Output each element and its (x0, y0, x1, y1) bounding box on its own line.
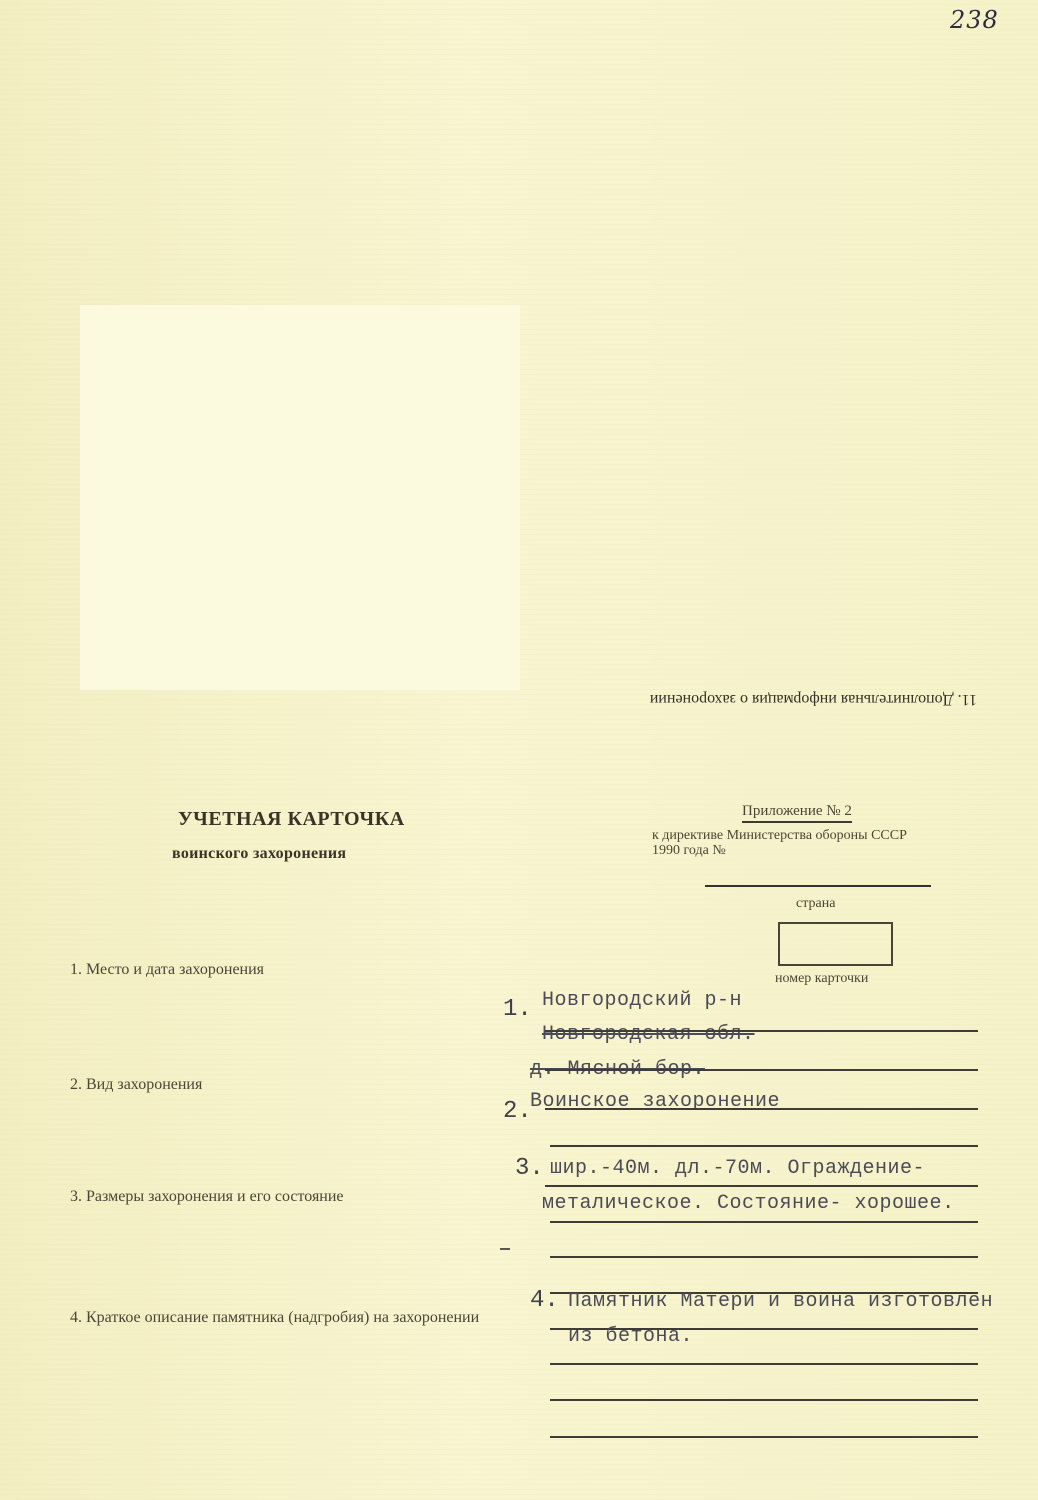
field-4-rule-3[interactable] (550, 1399, 978, 1401)
field-1-value-line-2[interactable]: Новгородская обл. (542, 1023, 755, 1046)
field-1-value-line-1[interactable]: Новгородский р-н (542, 989, 742, 1012)
field-4-value-line-2[interactable]: из бетона. (568, 1325, 693, 1348)
field-3-rule-3[interactable] (550, 1256, 978, 1258)
field-3-rule-1 (545, 1185, 978, 1187)
appendix-reference: к директиве Министерства обороны СССР 19… (652, 828, 907, 858)
page-number: 238 (950, 6, 999, 34)
appendix-title: Приложение № 2 (742, 803, 852, 823)
field-3-label: 3. Размеры захоронения и его состояние (70, 1187, 344, 1207)
field-2-label: 2. Вид захоронения (70, 1075, 202, 1095)
field-4-label-text: 4. Краткое описание памятника (надгробия… (70, 1308, 510, 1328)
country-field[interactable] (705, 885, 931, 887)
additional-info-label-upside-down: 11. Дополнительная информация о захороне… (552, 690, 977, 708)
field-1-label: 1. Место и дата захоронения (70, 960, 264, 980)
field-3-rule-2 (550, 1221, 978, 1223)
blank-photo-area (80, 305, 520, 690)
field-2-rule-1 (545, 1108, 978, 1110)
appendix-line-1: к директиве Министерства обороны СССР (652, 828, 907, 843)
field-3-number: 3. (515, 1155, 544, 1182)
appendix-line-2: 1990 года № (652, 843, 907, 858)
field-1-rule-2 (545, 1069, 978, 1071)
card-number-label: номер карточки (775, 971, 868, 987)
field-4-number: 4. (530, 1287, 559, 1314)
card-subtitle: воинского захоронения (172, 845, 346, 863)
card-title: УЧЕТНАЯ КАРТОЧКА (178, 808, 405, 831)
field-3-value-line-1[interactable]: шир.-40м. дл.-70м. Ограждение- (550, 1157, 925, 1180)
field-4-rule-4[interactable] (550, 1436, 978, 1438)
field-2-number: 2. (503, 1098, 532, 1125)
country-label: страна (796, 896, 835, 912)
field-4-label: 4. Краткое описание памятника (надгробия… (70, 1308, 510, 1328)
field-4-rule-2[interactable] (550, 1363, 978, 1365)
field-4-value-line-1[interactable]: Памятник Матери и воина изготовлен (568, 1290, 993, 1313)
field-1-rule-1 (545, 1030, 978, 1032)
margin-mark (500, 1248, 510, 1250)
field-2-rule-2[interactable] (550, 1145, 978, 1147)
field-1-number: 1. (503, 996, 532, 1023)
card-number-field[interactable] (778, 922, 893, 966)
field-3-value-line-2[interactable]: металическое. Состояние- хорошее. (542, 1192, 955, 1215)
